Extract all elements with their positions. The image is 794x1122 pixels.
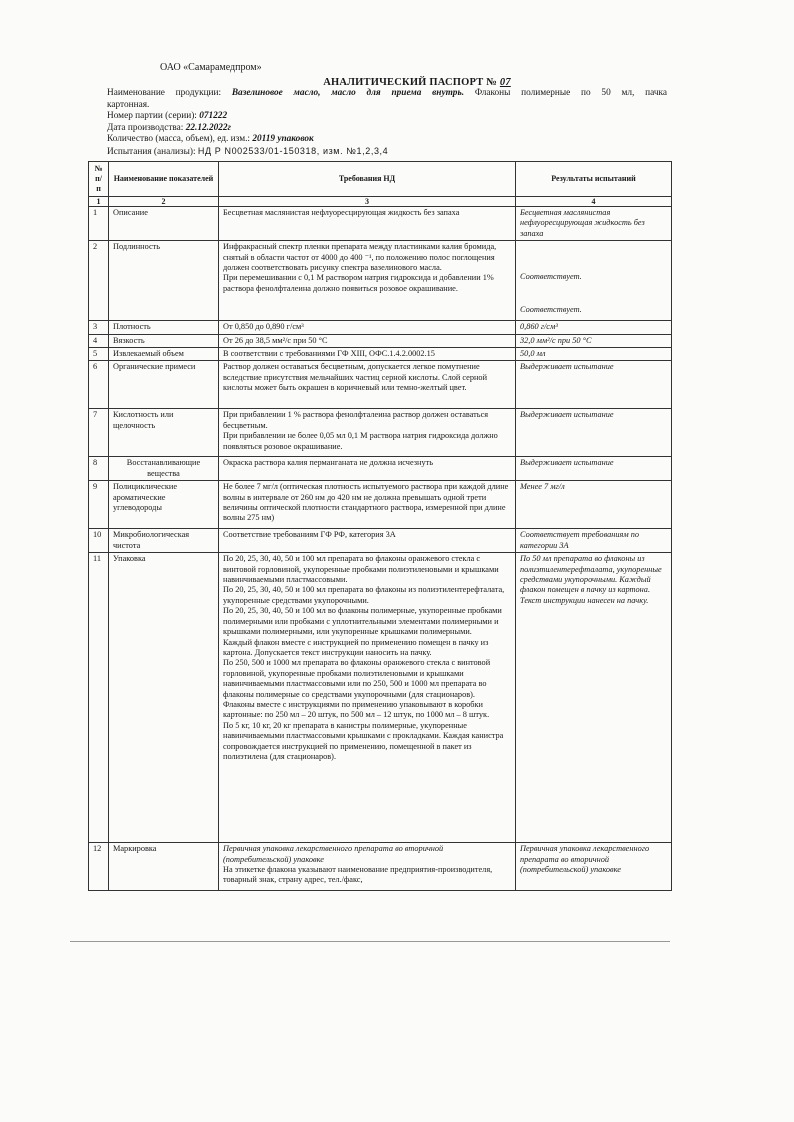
requirement-paragraph: Не более 7 мг/л (оптическая плотность ис…	[223, 482, 511, 524]
indicator-name: Упаковка	[109, 553, 219, 843]
table-row: 1ОписаниеБесцветная маслянистая нефлуоре…	[89, 207, 672, 241]
specifications-table: № п/ п Наименование показателей Требован…	[88, 161, 672, 891]
result-text: Первичная упаковка лекарственного препар…	[520, 844, 667, 875]
requirement-paragraph: От 26 до 38,5 мм²/с при 50 °С	[223, 336, 511, 346]
requirement-paragraph: По 20, 25, 30, 40, 50 и 100 мл препарата…	[223, 554, 511, 585]
test-result: Соответствует требованиям по категории 3…	[516, 529, 672, 553]
header-number: № п/ п	[89, 162, 109, 197]
passport-meta: Наименование продукции: Вазелиновое масл…	[107, 88, 667, 159]
document-title: АНАЛИТИЧЕСКИЙ ПАСПОРТ № 07	[0, 77, 794, 88]
row-number: 10	[89, 529, 109, 553]
indicator-name: Восстанавливающие вещества	[109, 457, 219, 481]
requirement: Соответствие требованиям ГФ РФ, категори…	[219, 529, 516, 553]
requirement-paragraph: Соответствие требованиям ГФ РФ, категори…	[223, 530, 511, 540]
index-cell: 4	[516, 197, 672, 207]
product-value: Вазелиновое масло, масло для приема внут…	[232, 88, 464, 98]
table-row: 4ВязкостьОт 26 до 38,5 мм²/с при 50 °С32…	[89, 334, 672, 347]
requirement-paragraph: В соответствии с требованиями ГФ XIII, О…	[223, 349, 511, 359]
test-result: Бесцветная маслянистая нефлуоресцирующая…	[516, 207, 672, 241]
tests-label: Испытания (анализы):	[107, 147, 196, 157]
requirement: Бесцветная маслянистая нефлуоресцирующая…	[219, 207, 516, 241]
indicator-name: Органические примеси	[109, 361, 219, 409]
test-result: 32,0 мм²/с при 50 °С	[516, 334, 672, 347]
requirement-paragraph: Бесцветная маслянистая нефлуоресцирующая…	[223, 208, 511, 218]
tests-line: Испытания (анализы): НД Р N002533/01-150…	[107, 146, 667, 159]
row-number: 2	[89, 241, 109, 321]
requirement-paragraph: Инфракрасный спектр пленки препарата меж…	[223, 242, 511, 273]
requirement: От 0,850 до 0,890 г/см³	[219, 321, 516, 334]
table-index-row: 1 2 3 4	[89, 197, 672, 207]
page-divider	[70, 941, 670, 942]
quantity-label: Количество (масса, объем), ед. изм.:	[107, 134, 250, 144]
requirement: От 26 до 38,5 мм²/с при 50 °С	[219, 334, 516, 347]
title-text: АНАЛИТИЧЕСКИЙ ПАСПОРТ №	[323, 77, 497, 88]
requirement-paragraph: При прибавлении не более 0,05 мл 0,1 М р…	[223, 431, 511, 452]
index-cell: 1	[89, 197, 109, 207]
test-result: Выдерживает испытание	[516, 409, 672, 457]
product-packaging: Флаконы полимерные по 50 мл, пачка	[475, 88, 667, 98]
requirement-paragraph: По 5 кг, 10 кг, 20 кг препарата в канист…	[223, 721, 511, 763]
requirement: При прибавлении 1 % раствора фенолфталеи…	[219, 409, 516, 457]
requirement-paragraph: При прибавлении 1 % раствора фенолфталеи…	[223, 410, 511, 431]
table-row: 6Органические примесиРаствор должен оста…	[89, 361, 672, 409]
requirement: Окраска раствора калия перманганата не д…	[219, 457, 516, 481]
table-row: 9Полициклические ароматические углеводор…	[89, 481, 672, 529]
tests-value: НД Р N002533/01-150318, изм. №1,2,3,4	[198, 146, 388, 156]
header-requirements: Требования НД	[219, 162, 516, 197]
indicator-name: Полициклические ароматические углеводоро…	[109, 481, 219, 529]
product-line: Наименование продукции: Вазелиновое масл…	[107, 88, 667, 100]
table-row: 3ПлотностьОт 0,850 до 0,890 г/см³0,860 г…	[89, 321, 672, 334]
indicator-name: Извлекаемый объем	[109, 348, 219, 361]
indicator-name: Маркировка	[109, 843, 219, 891]
indicator-name: Описание	[109, 207, 219, 241]
requirement-paragraph: По 20, 25, 30, 40, 50 и 100 мл препарата…	[223, 585, 511, 606]
requirement: Раствор должен оставаться бесцветным, до…	[219, 361, 516, 409]
result-text: 50,0 мл	[520, 349, 667, 359]
batch-line: Номер партии (серии): 071222	[107, 111, 667, 123]
indicator-name: Вязкость	[109, 334, 219, 347]
date-value: 22.12.2022г	[186, 123, 231, 133]
indicator-name: Кислотность или щелочность	[109, 409, 219, 457]
result-text: Выдерживает испытание	[520, 458, 667, 468]
test-result: Первичная упаковка лекарственного препар…	[516, 843, 672, 891]
result-text: Соответствует.	[520, 272, 667, 282]
batch-label: Номер партии (серии):	[107, 111, 197, 121]
requirement: По 20, 25, 30, 40, 50 и 100 мл препарата…	[219, 553, 516, 843]
requirement-italic: Первичная упаковка лекарственного препар…	[223, 844, 511, 865]
test-result: 50,0 мл	[516, 348, 672, 361]
table-row: 10Микробиологическая чистотаСоответствие…	[89, 529, 672, 553]
requirement-paragraph: На этикетке флакона указывают наименован…	[223, 865, 511, 886]
test-result: Выдерживает испытание	[516, 361, 672, 409]
quantity-line: Количество (масса, объем), ед. изм.: 201…	[107, 134, 667, 146]
header-indicator: Наименование показателей	[109, 162, 219, 197]
table-row: 7Кислотность или щелочностьПри прибавлен…	[89, 409, 672, 457]
result-text: 0,860 г/см³	[520, 322, 667, 332]
passport-number: 07	[500, 77, 511, 88]
batch-value: 071222	[199, 111, 227, 121]
requirement-paragraph: От 0,850 до 0,890 г/см³	[223, 322, 511, 332]
requirement-paragraph: При перемешивании с 0,1 М раствором натр…	[223, 273, 511, 294]
row-number: 4	[89, 334, 109, 347]
result-text: Менее 7 мг/л	[520, 482, 667, 492]
result-text: Бесцветная маслянистая нефлуоресцирующая…	[520, 208, 667, 239]
requirement-paragraph: По 20, 25, 30, 40, 50 и 100 мл во флакон…	[223, 606, 511, 637]
row-number: 12	[89, 843, 109, 891]
result-text: 32,0 мм²/с при 50 °С	[520, 336, 667, 346]
row-number: 5	[89, 348, 109, 361]
result-text-2: Соответствует.	[520, 305, 667, 315]
row-number: 11	[89, 553, 109, 843]
requirement-paragraph: Окраска раствора калия перманганата не д…	[223, 458, 511, 468]
organization-name: ОАО «Самарамедпром»	[160, 62, 262, 73]
product-label: Наименование продукции:	[107, 88, 221, 98]
requirement: Первичная упаковка лекарственного препар…	[219, 843, 516, 891]
table-row: 2ПодлинностьИнфракрасный спектр пленки п…	[89, 241, 672, 321]
requirement-paragraph: Раствор должен оставаться бесцветным, до…	[223, 362, 511, 393]
table-header-row: № п/ п Наименование показателей Требован…	[89, 162, 672, 197]
test-result: Соответствует.Соответствует.	[516, 241, 672, 321]
table-row: 11УпаковкаПо 20, 25, 30, 40, 50 и 100 мл…	[89, 553, 672, 843]
row-number: 8	[89, 457, 109, 481]
result-text: Соответствует требованиям по категории 3…	[520, 530, 667, 551]
product-line-cont: картонная.	[107, 100, 667, 112]
date-line: Дата производства: 22.12.2022г	[107, 123, 667, 135]
requirement: В соответствии с требованиями ГФ XIII, О…	[219, 348, 516, 361]
requirement: Инфракрасный спектр пленки препарата меж…	[219, 241, 516, 321]
test-result: Выдерживает испытание	[516, 457, 672, 481]
requirement: Не более 7 мг/л (оптическая плотность ис…	[219, 481, 516, 529]
header-results: Результаты испытаний	[516, 162, 672, 197]
indicator-name: Микробиологическая чистота	[109, 529, 219, 553]
row-number: 7	[89, 409, 109, 457]
date-label: Дата производства:	[107, 123, 183, 133]
requirement-paragraph: По 250, 500 и 1000 мл препарата во флако…	[223, 658, 511, 700]
row-number: 3	[89, 321, 109, 334]
table-row: 12МаркировкаПервичная упаковка лекарстве…	[89, 843, 672, 891]
result-text: Выдерживает испытание	[520, 362, 667, 372]
indicator-name: Подлинность	[109, 241, 219, 321]
row-number: 9	[89, 481, 109, 529]
index-cell: 2	[109, 197, 219, 207]
requirement-paragraph: Каждый флакон вместе с инструкцией по пр…	[223, 638, 511, 659]
row-number: 1	[89, 207, 109, 241]
result-text: По 50 мл препарата во флаконы из полиэти…	[520, 554, 667, 606]
index-cell: 3	[219, 197, 516, 207]
requirement-paragraph: Флаконы вместе с инструкциями по примене…	[223, 700, 511, 721]
test-result: Менее 7 мг/л	[516, 481, 672, 529]
result-text: Выдерживает испытание	[520, 410, 667, 420]
test-result: По 50 мл препарата во флаконы из полиэти…	[516, 553, 672, 843]
table-row: 8Восстанавливающие веществаОкраска раств…	[89, 457, 672, 481]
row-number: 6	[89, 361, 109, 409]
table-row: 5Извлекаемый объемВ соответствии с требо…	[89, 348, 672, 361]
test-result: 0,860 г/см³	[516, 321, 672, 334]
quantity-value: 20119 упаковок	[252, 134, 313, 144]
indicator-name: Плотность	[109, 321, 219, 334]
